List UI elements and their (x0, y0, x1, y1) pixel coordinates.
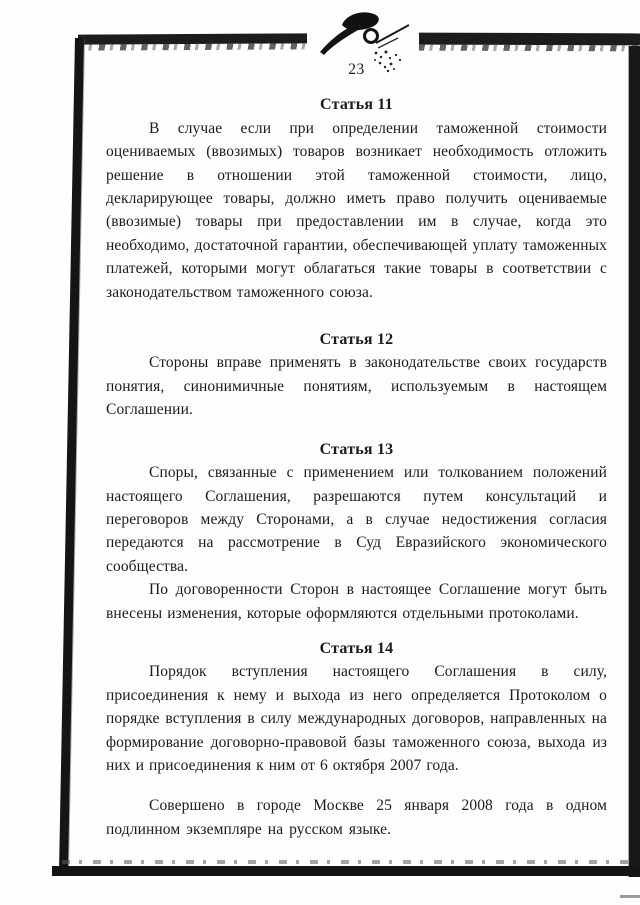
page-border-right (629, 46, 640, 877)
article-12-title: Статья 12 (106, 328, 607, 351)
article-13-title: Статья 13 (106, 438, 607, 461)
article-14-paragraph: Порядок вступления настоящего Соглашения… (106, 660, 607, 777)
article-14-title: Статья 14 (106, 637, 607, 660)
article-11-paragraph: В случае если при определении таможенной… (106, 117, 607, 304)
article-13-paragraph-2: По договоренности Сторон в настоящее Сог… (106, 578, 607, 625)
scan-edge-band-left (78, 33, 307, 44)
article-11-title: Статья 11 (106, 93, 607, 116)
scan-edge-band-right (419, 33, 640, 46)
page-border-left (59, 38, 84, 874)
scanned-document-page: 23 Статья 11 В случае если при определен… (0, 0, 640, 905)
article-13-paragraph-1: Споры, связанные с применением или толко… (106, 461, 607, 578)
page-number: 23 (106, 58, 607, 81)
article-12-paragraph: Стороны вправе применять в законодательс… (106, 351, 607, 421)
page-border-bottom (52, 866, 640, 876)
scan-noise-dash (620, 895, 640, 898)
closing-clause: Совершено в городе Москве 25 января 2008… (106, 794, 607, 841)
document-content: 23 Статья 11 В случае если при определен… (106, 58, 607, 841)
